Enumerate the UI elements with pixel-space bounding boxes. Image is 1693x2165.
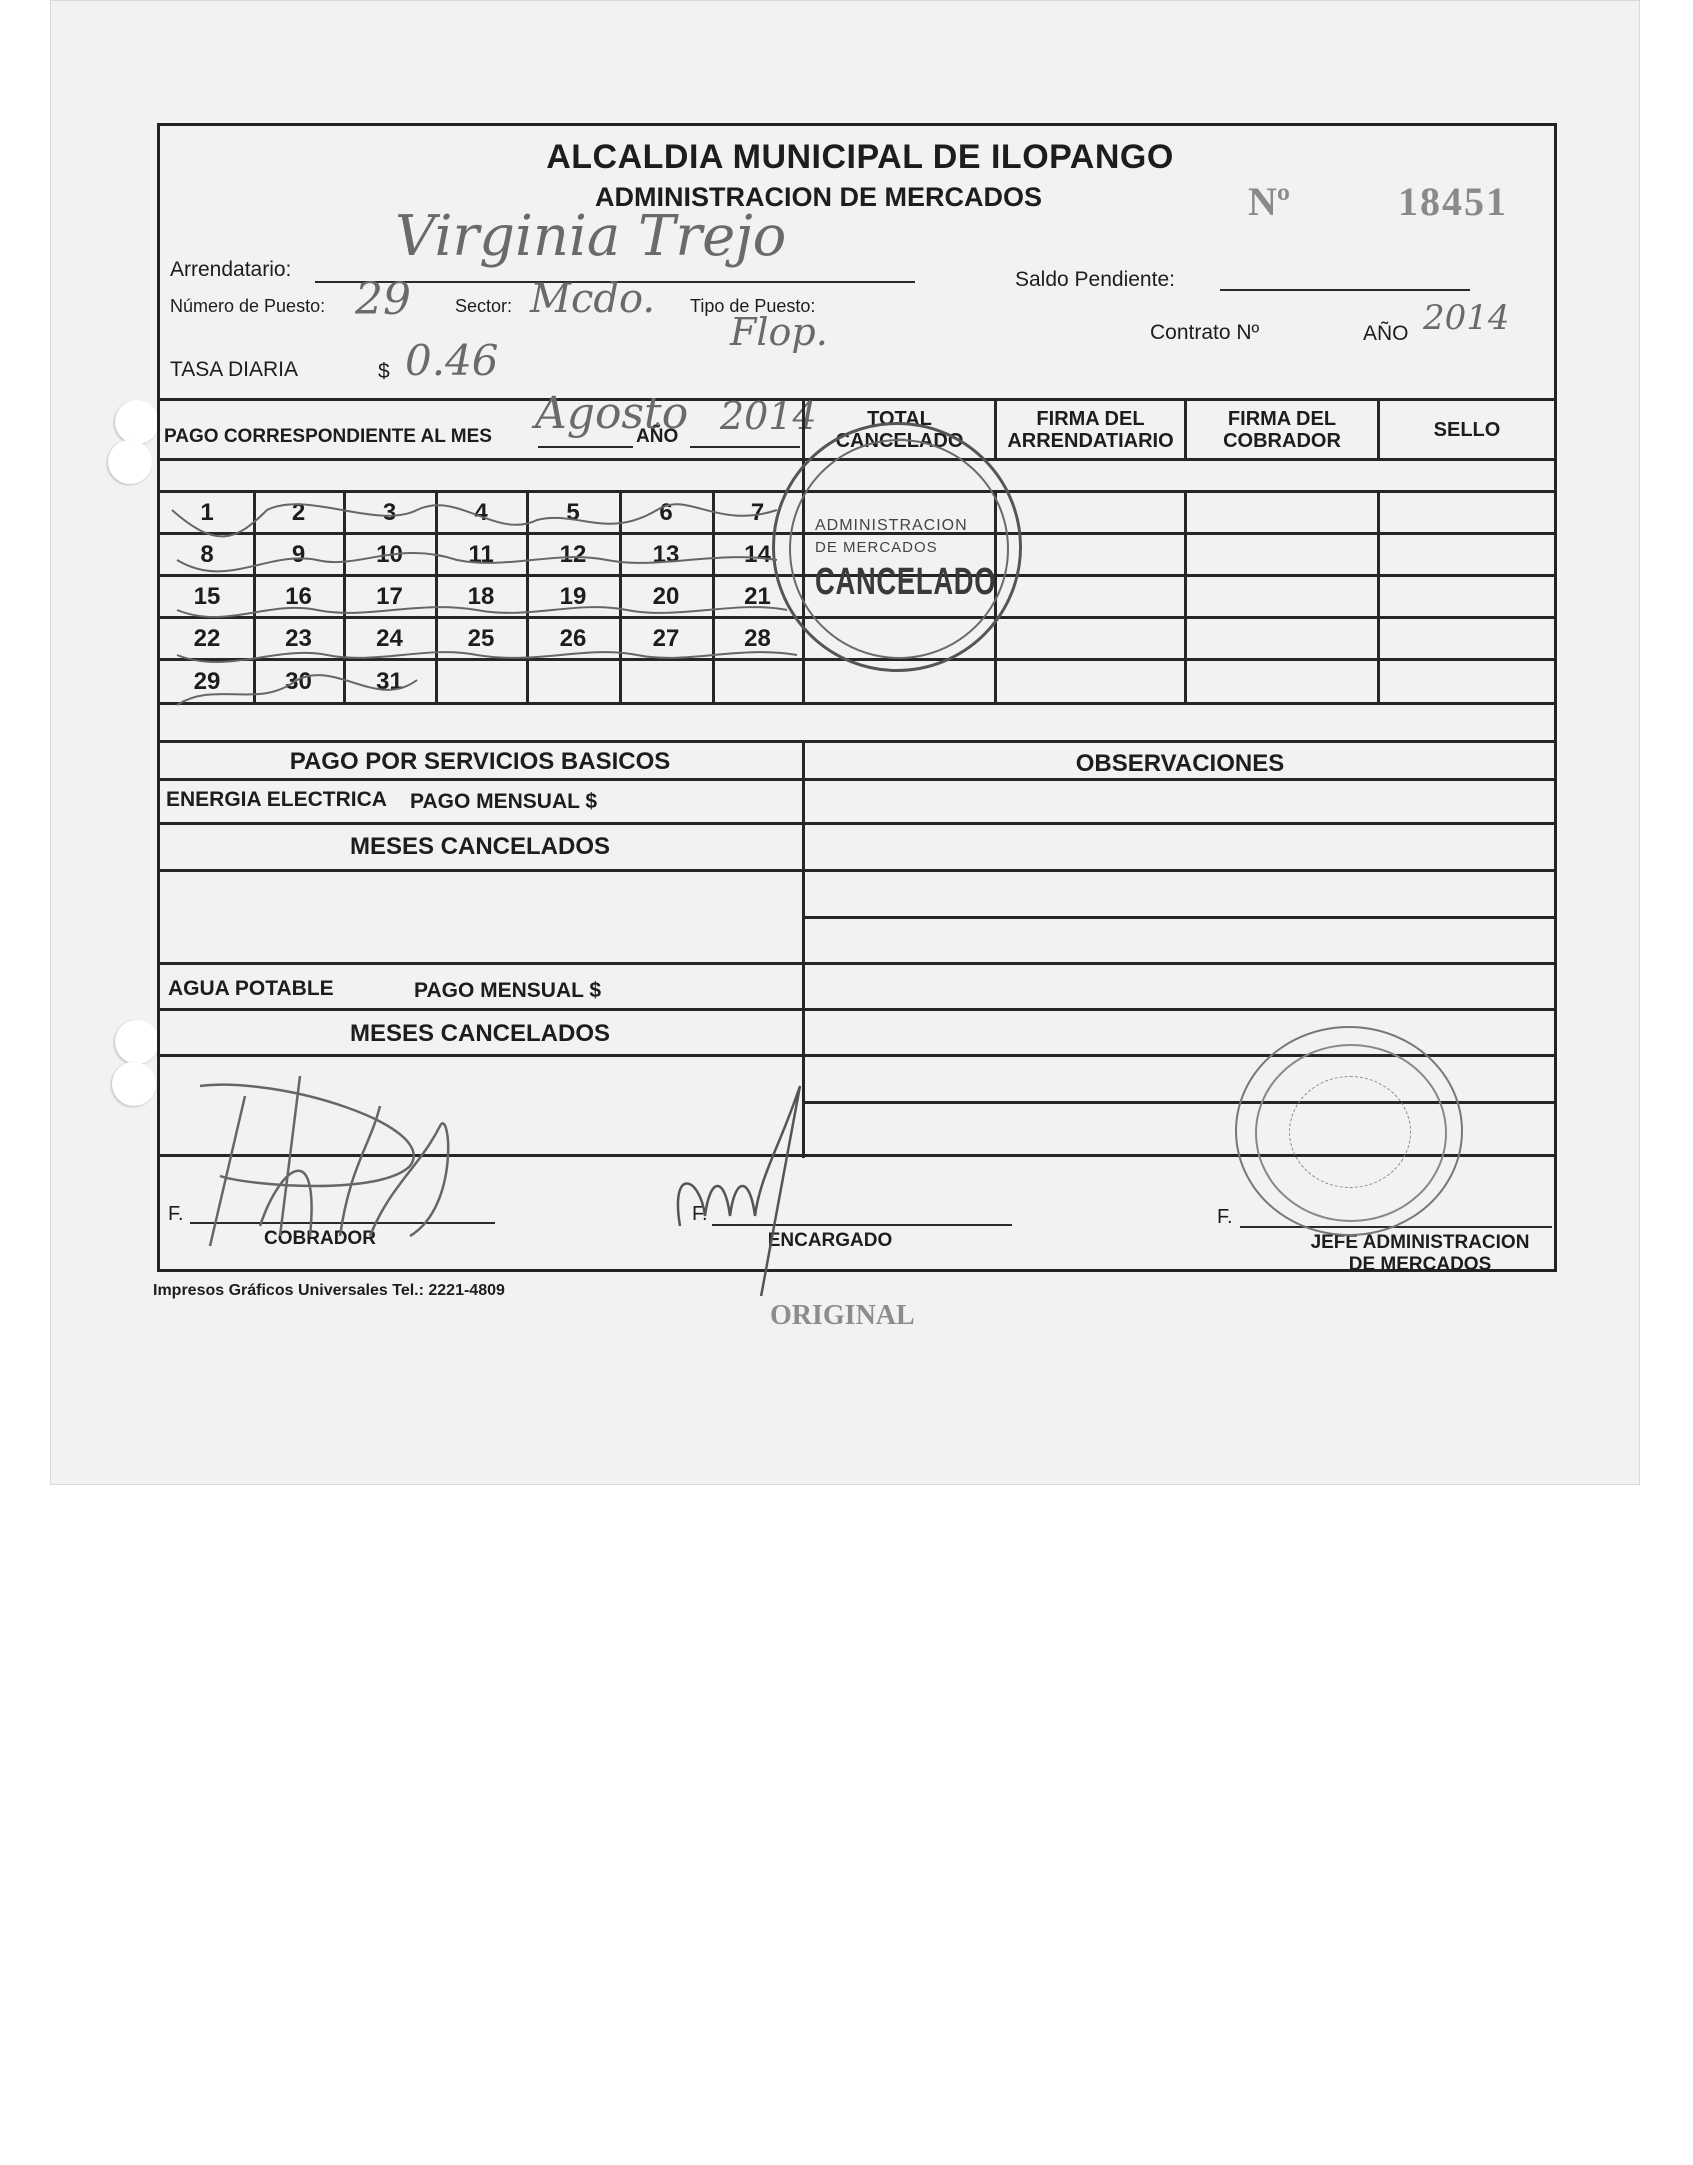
- row-divider: [160, 778, 1554, 781]
- punch-hole: [108, 440, 152, 484]
- row-divider: [160, 962, 1554, 965]
- obs-line: [805, 916, 1554, 919]
- arrendatario-label: Arrendatario:: [170, 258, 291, 282]
- section-divider: [160, 740, 1554, 743]
- saldo-pendiente-underline: [1220, 289, 1470, 291]
- saldo-pendiente-label: Saldo Pendiente:: [1015, 268, 1175, 292]
- paid-days-scribble: [157, 480, 857, 720]
- energia-meses-label: MESES CANCELADOS: [160, 833, 800, 861]
- energia-pago-label: PAGO MENSUAL $: [410, 790, 597, 814]
- col-header-firma-cobrador: FIRMA DEL COBRADOR: [1187, 402, 1377, 458]
- row-divider: [160, 822, 1554, 825]
- contrato-label: Contrato Nº: [1150, 321, 1259, 345]
- punch-hole: [112, 1062, 156, 1106]
- agua-label: AGUA POTABLE: [168, 977, 334, 1001]
- printer-footer: Impresos Gráficos Universales Tel.: 2221…: [153, 1282, 505, 1300]
- tasa-diaria-field[interactable]: 0.46: [405, 336, 499, 385]
- col-header-sello: SELLO: [1380, 402, 1554, 458]
- folio-number: 18451: [1398, 178, 1508, 225]
- pago-anio-label: AÑO: [636, 426, 678, 448]
- sector-label: Sector:: [455, 296, 512, 317]
- tipo-puesto-field[interactable]: Flop.: [730, 310, 828, 354]
- header-divider: [160, 398, 1554, 401]
- form-title: ALCALDIA MUNICIPAL DE ILOPANGO: [160, 138, 1560, 177]
- folio-label: Nº: [1248, 178, 1290, 225]
- observaciones-title: OBSERVACIONES: [805, 750, 1555, 778]
- arrendatario-field[interactable]: Virginia Trejo: [395, 204, 786, 269]
- pago-mes-underline: [538, 446, 633, 448]
- anio-field[interactable]: 2014: [1423, 298, 1510, 338]
- anio-label: AÑO: [1363, 322, 1409, 346]
- col-header-firma-arrendatario: FIRMA DEL ARRENDATIARIO: [997, 402, 1184, 458]
- pago-anio-underline: [690, 446, 800, 448]
- col-divider: [1377, 490, 1380, 704]
- row-divider: [160, 1008, 1554, 1011]
- energia-label: ENERGIA ELECTRICA: [166, 788, 387, 812]
- copy-label: ORIGINAL: [770, 1300, 915, 1332]
- handwritten-signatures: [160, 1066, 1560, 1296]
- tasa-diaria-label: TASA DIARIA: [170, 358, 298, 382]
- numero-puesto-label: Número de Puesto:: [170, 296, 325, 317]
- agua-meses-label: MESES CANCELADOS: [160, 1020, 800, 1048]
- sector-field[interactable]: Mcdo.: [530, 276, 655, 322]
- agua-pago-label: PAGO MENSUAL $: [414, 979, 601, 1003]
- tasa-currency: $: [378, 360, 390, 384]
- numero-puesto-field[interactable]: 29: [355, 274, 411, 325]
- services-title: PAGO POR SERVICIOS BASICOS: [160, 748, 800, 776]
- punch-hole: [115, 400, 159, 444]
- pago-mes-label: PAGO CORRESPONDIENTE AL MES: [164, 426, 492, 448]
- punch-hole: [115, 1020, 159, 1064]
- row-divider: [160, 869, 1554, 872]
- col-divider: [1184, 490, 1187, 704]
